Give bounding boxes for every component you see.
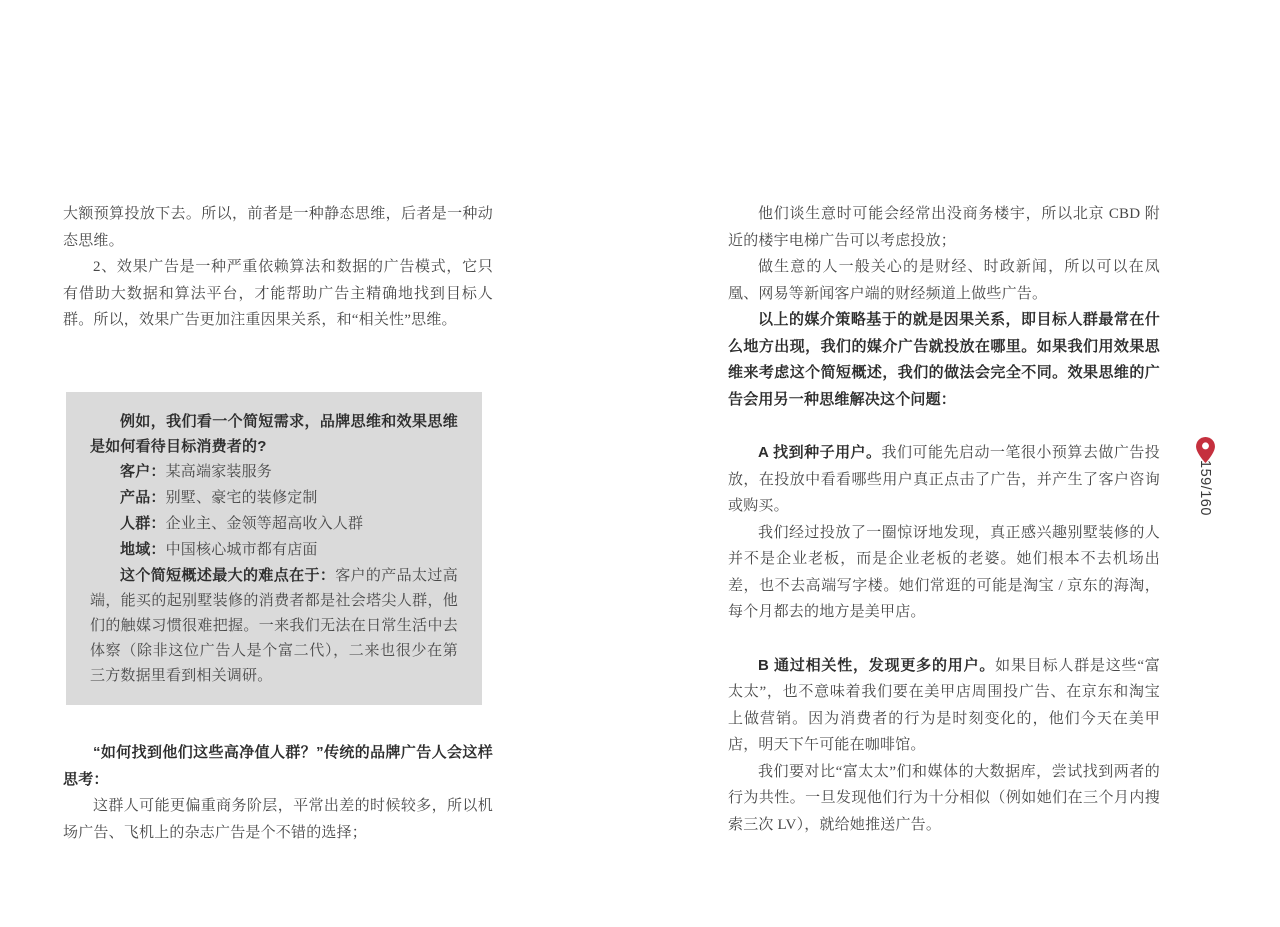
- paragraph-effect-ads: 2、效果广告是一种严重依赖算法和数据的广告模式，它只有借助大数据和算法平台，才能…: [63, 254, 493, 334]
- field-client: 客户：某高端家装服务: [90, 459, 458, 485]
- paragraph-business-class: 这群人可能更偏重商务阶层，平常出差的时候较多，所以机场广告、飞机上的杂志广告是个…: [63, 793, 493, 846]
- example-brief-box: 例如，我们看一个简短需求，品牌思维和效果思维是如何看待目标消费者的? 客户：某高…: [66, 392, 482, 705]
- difficulty-paragraph: 这个简短概述最大的难点在于：客户的产品太过高端，能买的起别墅装修的消费者都是社会…: [90, 563, 458, 689]
- left-page-bottom-text: “如何找到他们这些高净值人群？”传统的品牌广告人会这样思考： 这群人可能更偏重商…: [63, 740, 493, 846]
- paragraph-finance-news: 做生意的人一般关心的是财经、时政新闻，所以可以在凤凰、网易等新闻客户端的财经频道…: [728, 254, 1160, 307]
- ebook-reader-page: { "page_indicator": { "label": "159/160"…: [0, 0, 1280, 927]
- field-product-value: 别墅、豪宅的装修定制: [166, 490, 318, 506]
- field-region: 地域：中国核心城市都有店面: [90, 537, 458, 563]
- page-number-label: 159/160: [1197, 460, 1213, 516]
- field-audience-value: 企业主、金领等超高收入人群: [166, 516, 364, 532]
- paragraph-cbd: 他们谈生意时可能会经常出没商务楼宇，所以北京 CBD 附近的楼宇电梯广告可以考虑…: [728, 201, 1160, 254]
- field-product: 产品：别墅、豪宅的装修定制: [90, 485, 458, 511]
- point-b-paragraph2: 我们要对比“富太太”们和媒体的大数据库，尝试找到两者的行为共性。一旦发现他们行为…: [728, 759, 1160, 839]
- field-client-value: 某高端家装服务: [166, 464, 272, 480]
- paragraph-carryover: 大额预算投放下去。所以，前者是一种静态思维，后者是一种动态思维。: [63, 201, 493, 254]
- difficulty-text: 客户的产品太过高端，能买的起别墅装修的消费者都是社会塔尖人群，他们的触媒习惯很难…: [90, 568, 458, 684]
- field-audience-label: 人群：: [120, 515, 166, 532]
- field-region-label: 地域：: [120, 541, 166, 558]
- difficulty-label: 这个简短概述最大的难点在于：: [120, 567, 335, 584]
- field-audience: 人群：企业主、金领等超高收入人群: [90, 511, 458, 537]
- point-a-paragraph2: 我们经过投放了一圈惊讶地发现，真正感兴趣别墅装修的人并不是企业老板，而是企业老板…: [728, 520, 1160, 626]
- field-client-label: 客户：: [120, 463, 166, 480]
- page-progress-marker[interactable]: 159/160: [1196, 437, 1216, 547]
- point-a-label: A 找到种子用户。: [758, 444, 882, 461]
- right-page-text: 他们谈生意时可能会经常出没商务楼宇，所以北京 CBD 附近的楼宇电梯广告可以考虑…: [728, 201, 1160, 838]
- example-intro: 例如，我们看一个简短需求，品牌思维和效果思维是如何看待目标消费者的?: [90, 409, 458, 459]
- point-b-paragraph: B 通过相关性，发现更多的用户。如果目标人群是这些“富太太”，也不意味着我们要在…: [728, 653, 1160, 759]
- question-paragraph: “如何找到他们这些高净值人群？”传统的品牌广告人会这样思考：: [63, 740, 493, 793]
- paragraph-causality: 以上的媒介策略基于的就是因果关系，即目标人群最常在什么地方出现，我们的媒介广告就…: [728, 307, 1160, 413]
- left-page-text: 大额预算投放下去。所以，前者是一种静态思维，后者是一种动态思维。 2、效果广告是…: [63, 201, 493, 334]
- point-a-paragraph: A 找到种子用户。我们可能先启动一笔很小预算去做广告投放，在投放中看看哪些用户真…: [728, 440, 1160, 520]
- field-product-label: 产品：: [120, 489, 166, 506]
- field-region-value: 中国核心城市都有店面: [166, 542, 318, 558]
- point-b-label: B 通过相关性，发现更多的用户。: [758, 657, 995, 674]
